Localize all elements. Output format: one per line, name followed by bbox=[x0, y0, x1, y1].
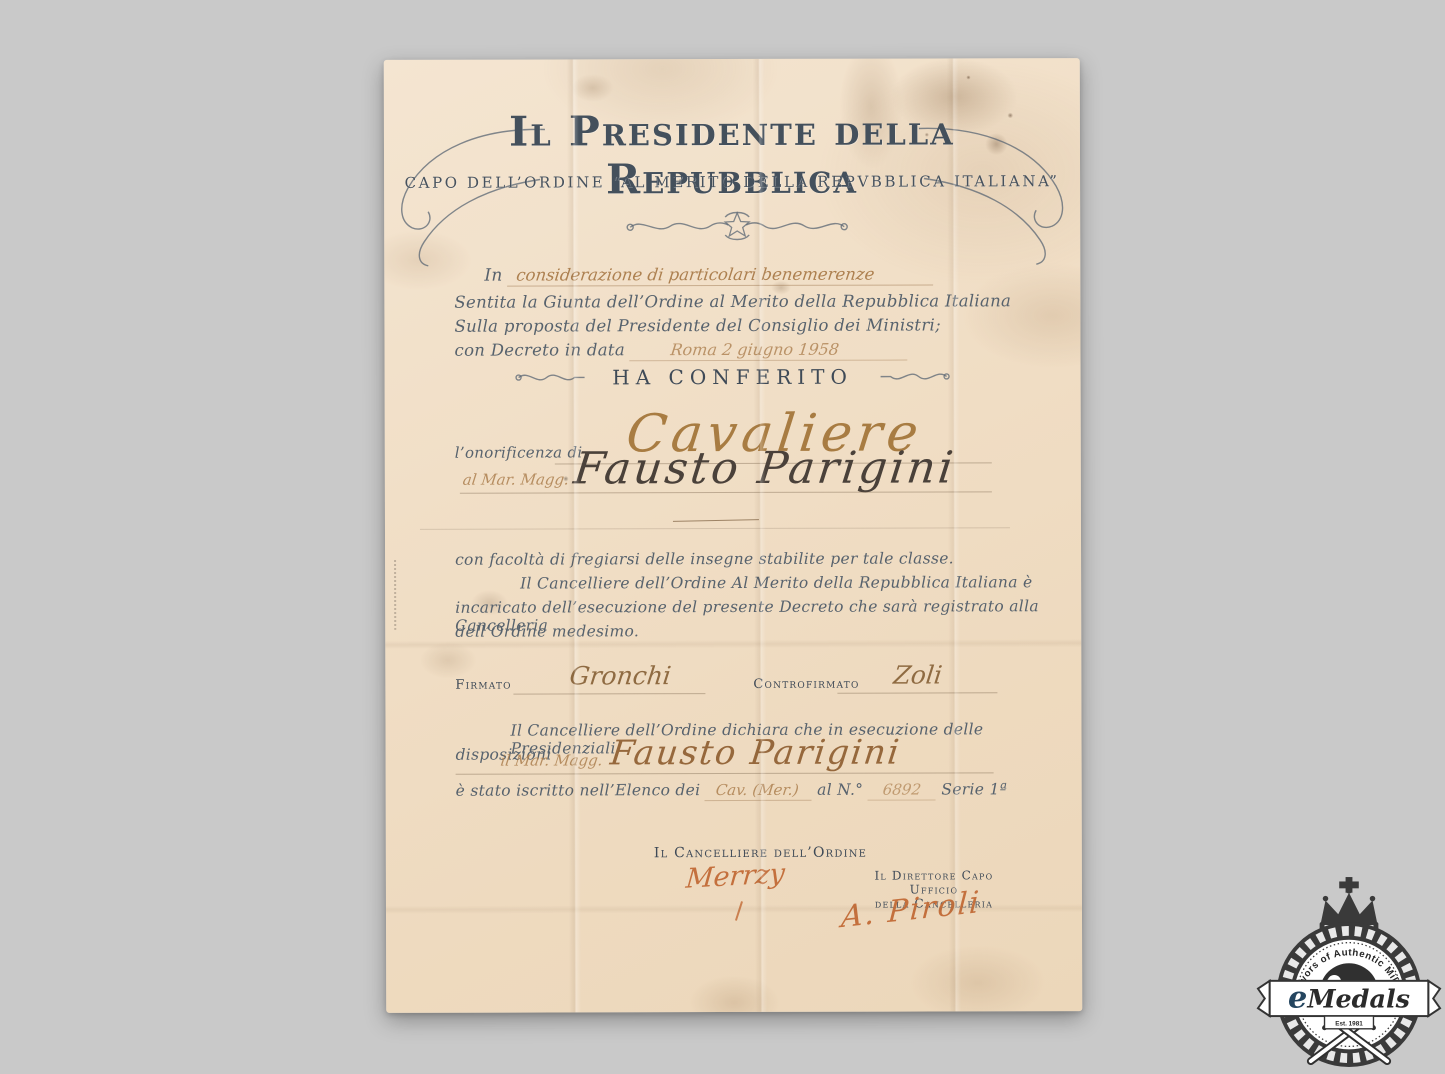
recipient-name-handwriting: Fausto Parigini bbox=[532, 442, 998, 494]
separator-dash bbox=[673, 519, 759, 522]
separator-rule-line bbox=[420, 527, 1010, 530]
controfirmato-signature: Zoli bbox=[839, 660, 997, 689]
preamble-line-3: Sulla proposta del Presidente del Consig… bbox=[454, 315, 941, 335]
enrolment-handwriting-2: 6892 bbox=[867, 780, 938, 800]
center-ornament-icon bbox=[622, 205, 852, 246]
preamble-line1-handwriting: considerazione di particolari benemerenz… bbox=[507, 264, 936, 286]
enrolment-printed-3: Serie 1ª bbox=[941, 780, 1007, 798]
body-line-2a: Il Cancelliere dell’Ordine Al Merito del… bbox=[520, 573, 1032, 592]
star-icon bbox=[725, 213, 749, 236]
registration-rule-line bbox=[456, 772, 994, 774]
body-line-2c: dell’Ordine medesimo. bbox=[455, 622, 639, 640]
conferral-heading-row: HA CONFERITO bbox=[385, 364, 1081, 390]
firmato-signature: Gronchi bbox=[534, 661, 707, 690]
left-scroll-icon bbox=[514, 369, 586, 385]
established-text: Est. 1981 bbox=[1335, 1020, 1363, 1027]
chancellor-signature: Merrzy bbox=[685, 858, 786, 895]
document-subtitle: CAPO DELL’ORDINE “AL MERITO DELLA REPVBB… bbox=[384, 172, 1080, 192]
right-scroll-icon bbox=[879, 368, 951, 384]
preamble-line-4: con Decreto in data Roma 2 giugno 1958 bbox=[454, 340, 908, 362]
enrolment-line: è stato iscritto nell’Elenco dei Cav. (M… bbox=[456, 780, 1008, 801]
enrolment-handwriting-1: Cav. (Mer.) bbox=[704, 781, 813, 801]
preamble-line-1: In considerazione di particolari benemer… bbox=[484, 264, 934, 286]
firmato-label: Firmato bbox=[455, 678, 511, 693]
printer-imprint bbox=[394, 560, 396, 630]
body-line-1: con facoltà di fregiarsi delle insegne s… bbox=[455, 549, 954, 568]
brand-text: eMedals bbox=[1288, 980, 1410, 1015]
decree-date-handwriting: Roma 2 giugno 1958 bbox=[629, 340, 910, 362]
photo-canvas: { "page": { "background_color": "#c9c9c9… bbox=[0, 0, 1445, 1074]
decree-date-label: con Decreto in data bbox=[454, 340, 625, 359]
preamble-line-2: Sentita la Giunta dell’Ordine al Merito … bbox=[454, 291, 1011, 311]
enrolment-printed-2: al N.° bbox=[817, 781, 863, 799]
preamble-line1-printed: In bbox=[484, 266, 502, 286]
registration-recipient-name: Fausto Parigini bbox=[573, 732, 938, 773]
emedals-logo: Purveyors of Authentic Militaria eMedals… bbox=[1256, 874, 1442, 1072]
conferral-heading: HA CONFERITO bbox=[612, 365, 853, 390]
firmato-rule-line bbox=[513, 693, 705, 695]
controfirmato-rule-line bbox=[837, 692, 997, 693]
certificate-paper: Il Presidente della Repubblica CAPO DELL… bbox=[384, 58, 1082, 1013]
chancellor-signature-stroke bbox=[735, 901, 743, 921]
enrolment-printed-1: è stato iscritto nell’Elenco dei bbox=[456, 781, 701, 800]
